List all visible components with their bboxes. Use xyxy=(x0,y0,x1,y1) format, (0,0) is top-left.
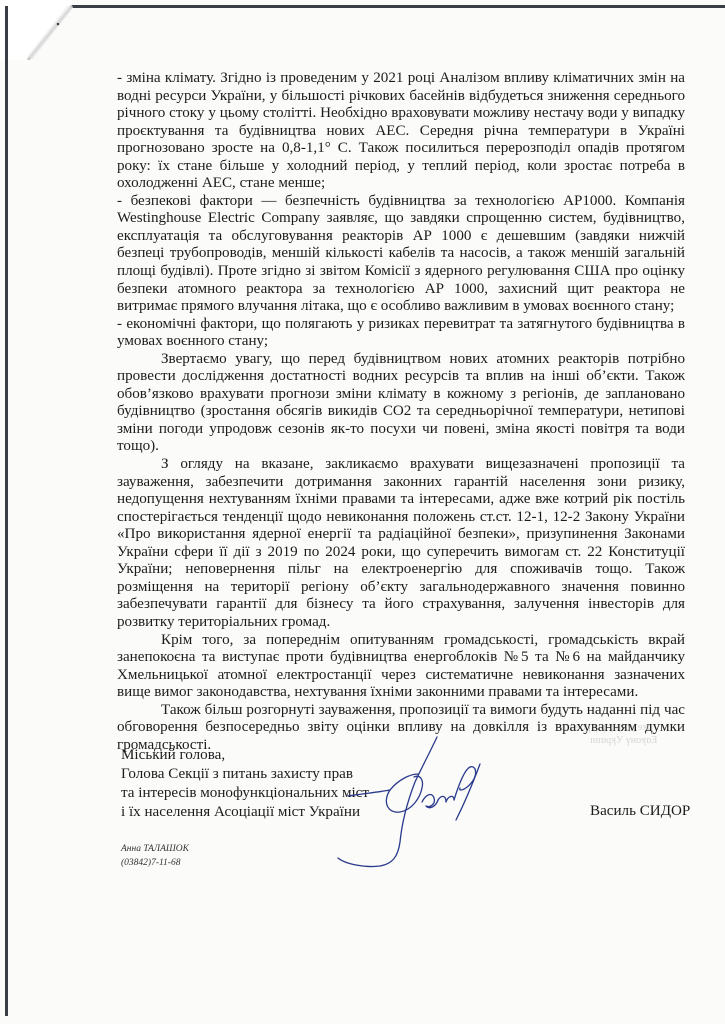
signer-name: Василь СИДОР xyxy=(590,803,690,820)
paragraph-attention: Звертаємо увагу, що перед будівництвом н… xyxy=(117,351,685,456)
scan-edge-top xyxy=(70,5,725,8)
paragraph-climate-change: - зміна клімату. Згідно із проведеним у … xyxy=(117,70,685,193)
executor-info: Анна ТАЛАШОК (03842)7-11-68 xyxy=(121,842,189,870)
scan-edge-left xyxy=(5,6,8,1016)
paragraph-economic-factors: - економічні фактори, що полягають у риз… xyxy=(117,316,685,351)
paragraph-safety-factors: - безпекові фактори — безпечність будівн… xyxy=(117,193,685,316)
executor-name: Анна ТАЛАШОК xyxy=(121,842,189,856)
paragraph-appeal: З огляду на вказане, закликаємо врахуват… xyxy=(117,456,685,631)
scanned-page: ɘɔɪтɘoq ʞɪq ʞɪqтoʞ ɘʞɒ ɪнɪɒqʞУ үнoʞɒƎ - … xyxy=(0,0,725,1024)
letter-body: - зміна клімату. Згідно із проведеним у … xyxy=(117,70,685,754)
folded-corner xyxy=(0,0,75,60)
paragraph-public-opinion: Крім того, за попереднім опитуванням гро… xyxy=(117,632,685,702)
executor-phone: (03842)7-11-68 xyxy=(121,856,189,870)
handwritten-signature xyxy=(330,732,510,872)
